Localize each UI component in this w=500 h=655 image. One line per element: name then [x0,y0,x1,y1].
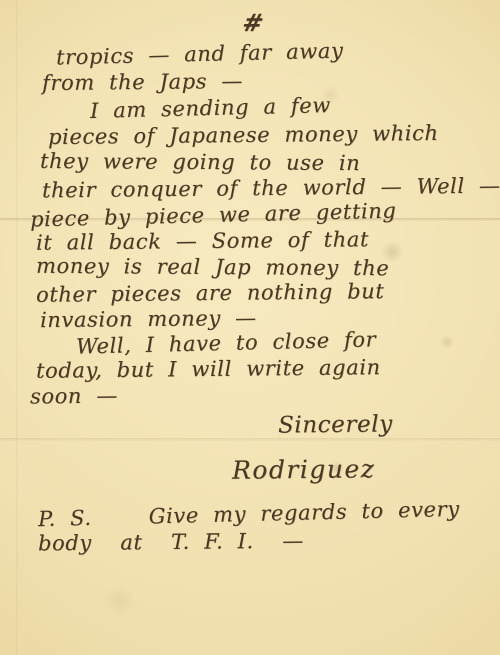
postscript-line: P. S. Give my regards to every [38,497,460,531]
letter-line: they were going to use in [40,149,360,175]
letter-line: today, but I will write again [36,355,381,383]
complimentary-close: Sincerely [278,411,393,438]
page-number-marker: # [239,8,267,37]
fold-crease [0,438,500,442]
edge-crease [16,0,19,655]
letter-line: from the Japs — [42,69,243,95]
letter-line: other pieces are nothing but [36,279,385,307]
letter-line: their conquer of the world — Well — [42,174,500,203]
letter-line: Well, I have to close for [76,327,377,358]
postscript-line: body at T. F. I. — [38,529,304,556]
signature: Rodriguez [232,454,376,485]
letter-line: soon — [30,384,118,409]
letter-line: pieces of Japanese money which [48,121,439,149]
letter-line: money is real Jap money the [36,254,389,280]
letter-line: tropics — and far away [56,38,344,69]
letter-line: it all back — Some of that [36,227,369,254]
letter-page: # tropics — and far away from the Japs —… [0,0,500,655]
letter-line: I am sending a few [90,93,331,123]
letter-line: invasion money — [40,306,257,332]
